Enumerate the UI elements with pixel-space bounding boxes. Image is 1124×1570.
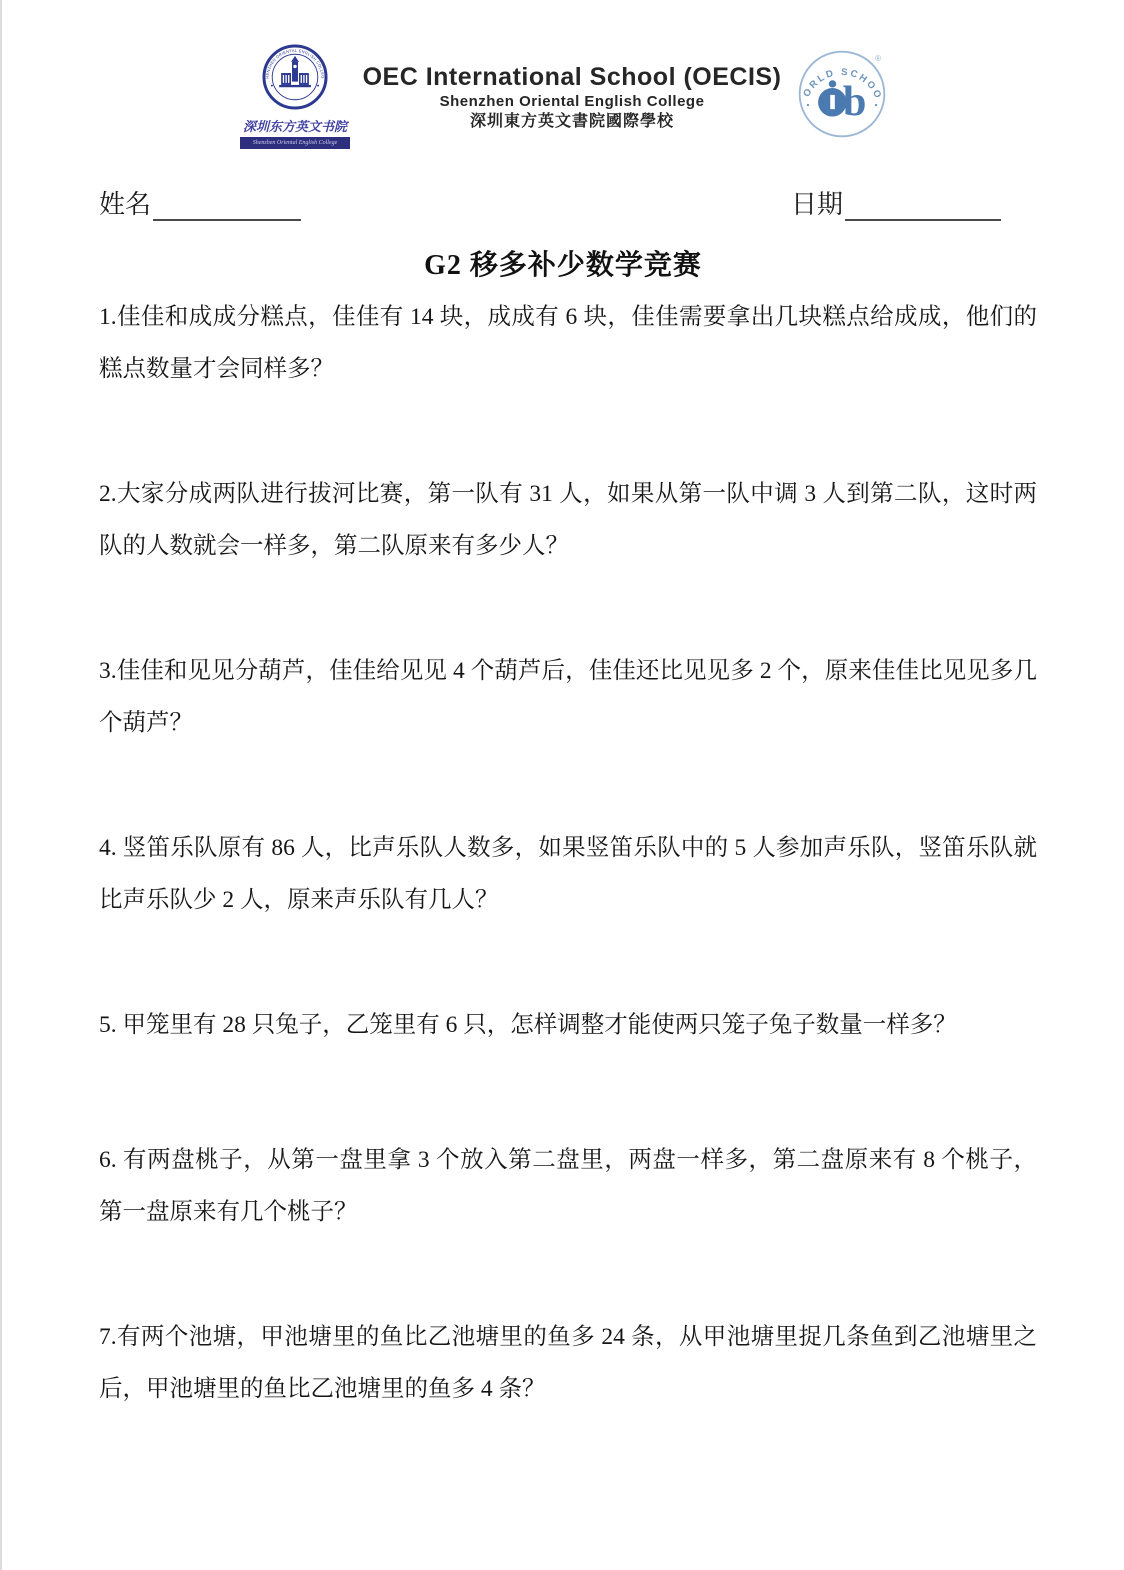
ib-world-school-logo: WORLD SCHOOL b ® (796, 48, 888, 140)
school-subtitle-zh: 深圳東方英文書院國際學校 (352, 111, 792, 133)
school-seal-logo: SHENZHEN ORIENTAL ENGLISH COLLEGE (240, 44, 350, 149)
date-label: 日期 (791, 190, 843, 219)
question-2: 2.大家分成两队进行拔河比赛，第一队有 31 人，如果从第一队中调 3 人到第二… (99, 468, 1037, 572)
name-field: 姓名 (99, 184, 301, 221)
question-7: 7.有两个池塘，甲池塘里的鱼比乙池塘里的鱼多 24 条，从甲池塘里捉几条鱼到乙池… (99, 1311, 1037, 1415)
seal-calligraphy-text: 深圳东方英文书院 (240, 116, 350, 135)
school-name: OEC International School (OECIS) (352, 62, 792, 92)
question-4: 4. 竖笛乐队原有 86 人，比声乐队人数多，如果竖笛乐队中的 5 人参加声乐队… (99, 822, 1037, 926)
registered-trademark-symbol: ® (875, 54, 881, 63)
seal-banner-text: Shenzhen Oriental English College (240, 137, 350, 149)
question-1: 1.佳佳和成成分糕点，佳佳有 14 块，成成有 6 块，佳佳需要拿出几块糕点给成… (99, 291, 1037, 395)
date-field: 日期 (791, 184, 1001, 221)
worksheet-page: SHENZHEN ORIENTAL ENGLISH COLLEGE (0, 0, 1124, 1570)
worksheet-title: G2 移多补少数学竞赛 (2, 243, 1124, 283)
question-3: 3.佳佳和见见分葫芦，佳佳给见见 4 个葫芦后，佳佳还比见见多 2 个，原来佳佳… (99, 645, 1037, 749)
school-seal-icon: SHENZHEN ORIENTAL ENGLISH COLLEGE (262, 44, 328, 110)
date-blank-line (845, 191, 1001, 221)
ib-world-school-icon: WORLD SCHOOL b ® (796, 48, 888, 140)
name-label: 姓名 (99, 190, 151, 219)
school-header-text: OEC International School (OECIS) Shenzhe… (352, 62, 792, 133)
school-subtitle-en: Shenzhen Oriental English College (352, 92, 792, 111)
question-5: 5. 甲笼里有 28 只兔子，乙笼里有 6 只，怎样调整才能使两只笼子兔子数量一… (99, 999, 1037, 1051)
name-blank-line (153, 191, 301, 221)
question-list: 1.佳佳和成成分糕点，佳佳有 14 块，成成有 6 块，佳佳需要拿出几块糕点给成… (99, 291, 1037, 1415)
ib-letter-b: b (843, 78, 867, 125)
question-6: 6. 有两盘桃子，从第一盘里拿 3 个放入第二盘里，两盘一样多，第二盘原来有 8… (99, 1134, 1037, 1238)
